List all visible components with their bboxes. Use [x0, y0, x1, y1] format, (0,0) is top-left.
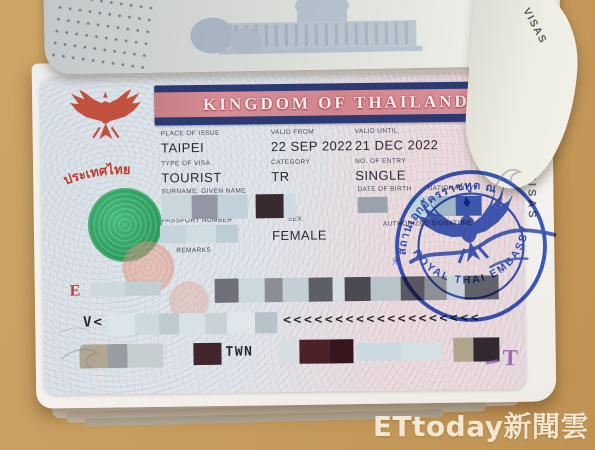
redaction-surname	[162, 194, 296, 220]
field-label: VALID FROM	[271, 128, 353, 136]
purple-corner-stamp-letter: T	[502, 345, 518, 371]
field-value: TR	[271, 169, 310, 184]
mrz-line2-nationality: TWN	[225, 344, 253, 359]
page-building-illustration	[190, 0, 441, 70]
svg-text:ประเทศไทย: ประเทศไทย	[61, 161, 131, 188]
field-remarks: REMARKS	[176, 247, 211, 254]
redaction-mrz2	[453, 337, 499, 362]
news-watermark: ETtoday新聞雲	[373, 405, 589, 445]
redaction-mrz2	[193, 343, 221, 365]
redaction-mrz1	[107, 312, 277, 335]
redaction-mrz2	[357, 342, 441, 361]
redaction-mrz2	[279, 339, 353, 364]
field-value: TOURIST	[161, 170, 222, 186]
field-label: CATEGORY	[271, 159, 310, 166]
country-name-thai-text: ประเทศไทย	[61, 161, 131, 188]
field-label: TYPE OF VISA	[161, 160, 221, 168]
field-label: NO. OF ENTRY	[355, 157, 406, 165]
field-value: 22 SEP 2022	[271, 138, 353, 154]
field-category: CATEGORY TR	[271, 159, 310, 184]
pencil-scrawl	[53, 314, 124, 375]
visa-header-band: KINGDOM OF THAILAND	[154, 81, 518, 125]
redaction-row	[91, 281, 161, 296]
visa-header-band-red: KINGDOM OF THAILAND	[154, 88, 518, 117]
garuda-emblem	[66, 90, 145, 155]
field-value: TAIPEI	[161, 140, 220, 156]
perforation-dots	[48, 0, 157, 74]
photo-of-passport-visa: VISAS VISAS KINGDOM OF THAILAND	[0, 0, 595, 450]
field-label: VALID UNTIL	[355, 127, 439, 135]
field-sex: SEX FEMALE	[288, 215, 327, 242]
field-type-of-visa: TYPE OF VISA TOURIST	[161, 160, 222, 186]
field-label: REMARKS	[176, 247, 211, 254]
royal-thai-embassy-stamp: สถานเอกอัครราชทูต ณ ROYAL THAI EMBASSY 米	[371, 146, 570, 345]
field-value: 21 DEC 2022	[355, 137, 439, 153]
pencil-scrawl	[492, 158, 532, 194]
field-place-of-issue: PLACE OF ISSUE TAIPEI	[161, 130, 220, 156]
redaction-passport-number	[160, 225, 238, 244]
section-letter: E	[70, 282, 81, 300]
field-valid-until: VALID UNTIL 21 DEC 2022	[355, 127, 439, 153]
field-value: FEMALE	[272, 227, 327, 243]
stamp-side-mark: 米	[391, 255, 403, 269]
field-label: PLACE OF ISSUE	[161, 130, 220, 138]
field-valid-from: VALID FROM 22 SEP 2022	[271, 128, 353, 154]
visa-header-title: KINGDOM OF THAILAND	[203, 91, 470, 114]
